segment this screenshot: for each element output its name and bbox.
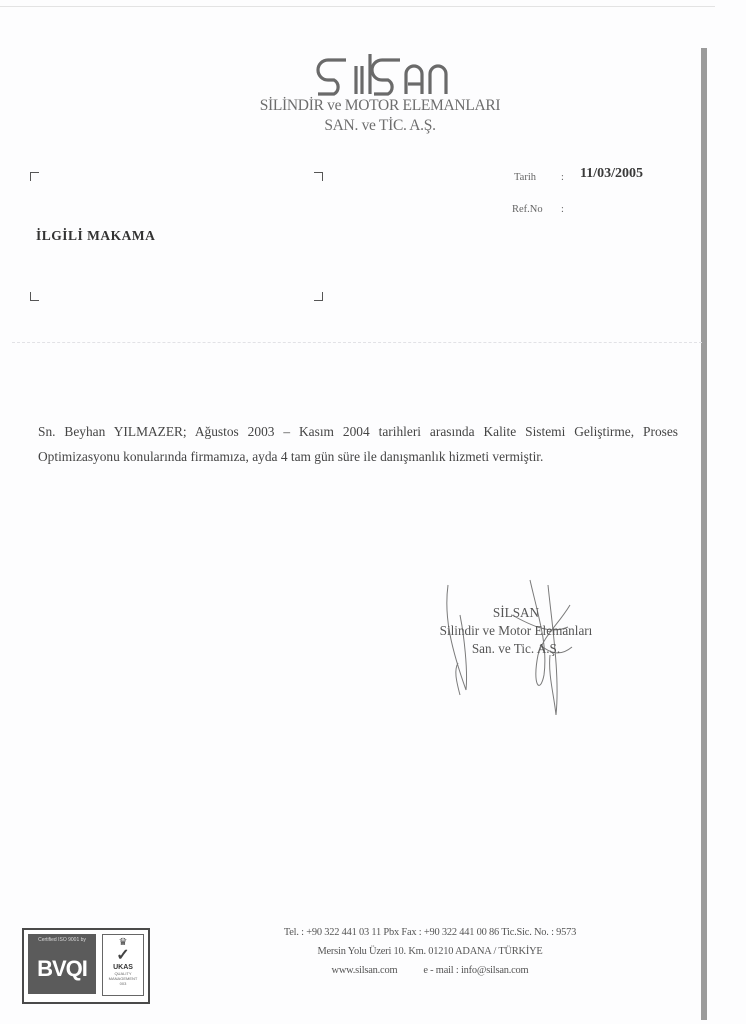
signature-company-name: Silindir ve Motor Elemanları: [410, 622, 622, 640]
scan-edge-bar: [701, 48, 707, 1020]
checkmark-icon: ✓: [103, 948, 143, 964]
company-logo: [316, 52, 452, 96]
address-corner-bottom-right: [314, 292, 323, 301]
footer-address: Mersin Yolu Üzeri 10. Km. 01210 ADANA / …: [200, 946, 660, 957]
fold-line: [12, 342, 702, 343]
address-corner-bottom-left: [30, 292, 39, 301]
email-link: e - mail : info@silsan.com: [423, 965, 528, 976]
date-colon: :: [561, 172, 564, 183]
certification-badge: Certified ISO 9001 by BVQI ♛ ✓ UKAS QUAL…: [22, 928, 150, 1004]
top-edge-rule: [0, 6, 715, 7]
bvqi-caption: Certified ISO 9001 by: [28, 937, 96, 943]
recipient: İLGİLİ MAKAMA: [36, 228, 155, 244]
ukas-logo: ♛ ✓ UKAS QUALITY MANAGEMENT 003: [102, 934, 144, 996]
website-link: www.silsan.com: [332, 965, 398, 976]
date-label: Tarih: [514, 172, 536, 183]
address-corner-top-right: [314, 172, 323, 181]
footer-web: www.silsan.come - mail : info@silsan.com: [200, 965, 660, 976]
signature-block: SİLSAN Silindir ve Motor Elemanları San.…: [410, 604, 622, 658]
company-suffix: SAN. ve TİC. A.Ş.: [230, 117, 530, 135]
bvqi-logo: Certified ISO 9001 by BVQI: [28, 934, 96, 994]
letter-body: Sn. Beyhan YILMAZER; Ağustos 2003 – Kası…: [38, 419, 678, 469]
footer-contact: Tel. : +90 322 441 03 11 Pbx Fax : +90 3…: [200, 927, 660, 938]
ukas-caption: QUALITY MANAGEMENT: [103, 971, 143, 981]
date-value: 11/03/2005: [580, 166, 643, 182]
ref-label: Ref.No: [512, 204, 543, 215]
ukas-number: 003: [103, 981, 143, 986]
company-name: SİLİNDİR ve MOTOR ELEMANLARI: [230, 97, 530, 115]
signature-company-suffix: San. ve Tic. A.Ş.: [410, 640, 622, 658]
bvqi-wordmark: BVQI: [28, 956, 96, 982]
signature-company-short: SİLSAN: [410, 604, 622, 622]
ukas-label: UKAS: [103, 964, 143, 971]
address-corner-top-left: [30, 172, 39, 181]
ref-colon: :: [561, 204, 564, 215]
